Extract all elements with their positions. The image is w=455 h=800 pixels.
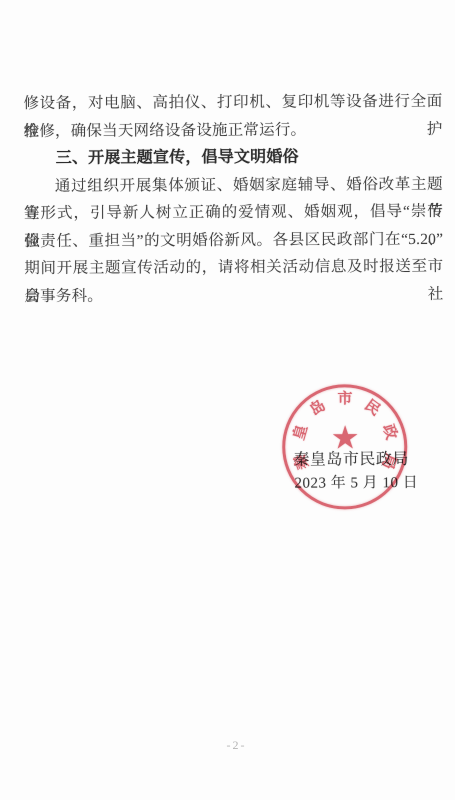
seal-arc-char: 政: [379, 422, 399, 442]
seal-arc-char: 皇: [291, 422, 311, 442]
signature-date: 2023 年 5 月 10 日: [294, 471, 418, 493]
seal-arc-char: 市: [337, 391, 353, 407]
seal-arc-char: 民: [361, 397, 383, 419]
document-content: 修设备，对电脑、高拍仪、打印机、复印机等设备进行全面维护 检修，确保当天网络设备…: [0, 0, 455, 800]
body-text-block: 修设备，对电脑、高拍仪、打印机、复印机等设备进行全面维护 检修，确保当天网络设备…: [23, 88, 443, 310]
section-heading: 三、开展主题宣传，倡导文明婚俗: [24, 143, 443, 173]
body-line: 强责任、重担当”的文明婚俗新风。各县区民政部门在“5.20”: [24, 225, 443, 255]
body-line: 等形式，引导新人树立正确的爱情观、婚姻观，倡导“崇节俭、: [24, 198, 443, 228]
body-line: 期间开展主题宣传活动的，请将相关活动信息及时报送至市局社: [24, 253, 443, 283]
scanned-document-page: 修设备，对电脑、高拍仪、打印机、复印机等设备进行全面维护 检修，确保当天网络设备…: [0, 0, 455, 800]
page-number: -2-: [0, 738, 455, 753]
seal-arc-char: 岛: [306, 397, 328, 419]
body-line: 通过组织开展集体颁证、婚姻家庭辅导、婚俗改革主题宣传: [24, 170, 443, 200]
signature-agency-name: 秦皇岛市民政局: [293, 446, 409, 470]
body-line: 修设备，对电脑、高拍仪、打印机、复印机等设备进行全面维护: [23, 88, 442, 118]
